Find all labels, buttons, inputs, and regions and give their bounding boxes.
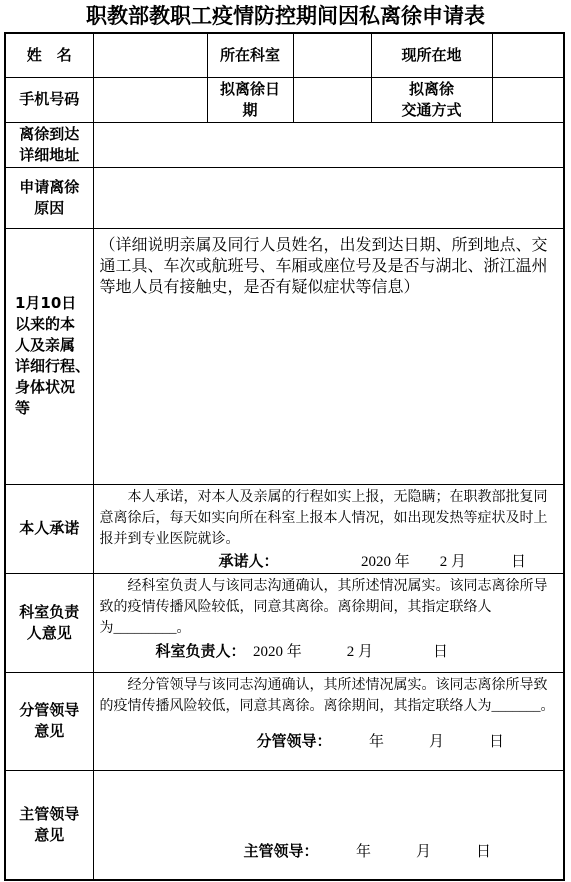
committer-label: 承诺人： [219, 552, 272, 570]
name-label: 姓 名 [5, 33, 93, 77]
row-contact-info: 手机号码 拟离徐日 期 拟离徐 交通方式 [5, 77, 564, 122]
leave-reason-label: 申请离徐 原因 [5, 167, 93, 228]
dept-head-opinion-label: 科室负责 人意见 [5, 573, 93, 672]
row-branch-leader-opinion: 分管领导 意见 经分管领导与该同志沟通确认，其所述情况属实。该同志离徐所导致的疫… [5, 672, 564, 770]
chief-leader-date-blanks: 年 月 日 [311, 844, 491, 860]
planned-departure-date-label: 拟离徐日 期 [207, 77, 293, 122]
row-itinerary: 1月10日 以来的本 人及亲属 详细行程、 身体状况 等 （详细说明亲属及同行人… [5, 228, 564, 484]
commitment-signature-line[interactable]: 承诺人： 2020 年 2 月 日 [100, 551, 559, 573]
row-leave-reason: 申请离徐 原因 [5, 167, 564, 228]
name-value-cell[interactable] [93, 33, 207, 77]
branch-leader-signature-line[interactable]: 分管领导： 年 月 日 [100, 731, 559, 753]
phone-value-cell[interactable] [93, 77, 207, 122]
row-basic-info: 姓 名 所在科室 现所在地 [5, 33, 564, 77]
commitment-label: 本人承诺 [5, 484, 93, 573]
itinerary-instructions: （详细说明亲属及同行人员姓名，出发到达日期、所到地点、交通工具、车次或航班号、车… [100, 231, 559, 298]
dept-head-opinion-text: 经科室负责人与该同志沟通确认，其所述情况属实。该同志离徐所导致的疫情传播风险较低… [100, 576, 559, 639]
row-dept-head-opinion: 科室负责 人意见 经科室负责人与该同志沟通确认，其所述情况属实。该同志离徐所导致… [5, 573, 564, 672]
current-location-label: 现所在地 [371, 33, 492, 77]
itinerary-value-cell[interactable]: （详细说明亲属及同行人员姓名，出发到达日期、所到地点、交通工具、车次或航班号、车… [93, 228, 564, 484]
chief-leader-label: 主管领导： [244, 842, 312, 860]
branch-leader-opinion-text: 经分管领导与该同志沟通确认，其所述情况属实。该同志离徐所导致的疫情传播风险较低，… [100, 675, 559, 717]
itinerary-label: 1月10日 以来的本 人及亲属 详细行程、 身体状况 等 [5, 228, 93, 484]
row-destination-address: 离徐到达 详细地址 [5, 122, 564, 167]
branch-leader-date-blanks: 年 月 日 [324, 734, 504, 750]
document-page: 职教部教职工疫情防控期间因私离徐申请表 姓 名 所在科室 现所在地 手机号码 拟… [0, 0, 571, 882]
dept-head-opinion-cell: 经科室负责人与该同志沟通确认，其所述情况属实。该同志离徐所导致的疫情传播风险较低… [93, 573, 564, 672]
row-chief-leader-opinion: 主管领导 意见 主管领导： 年 月 日 [5, 770, 564, 880]
dept-head-date-blanks: 2020 年 2 月 日 [238, 644, 448, 660]
phone-label: 手机号码 [5, 77, 93, 122]
commitment-content-cell: 本人承诺，对本人及亲属的行程如实上报，无隐瞒；在职教部批复同意离徐后，每天如实向… [93, 484, 564, 573]
department-label: 所在科室 [207, 33, 293, 77]
row-commitment: 本人承诺 本人承诺，对本人及亲属的行程如实上报，无隐瞒；在职教部批复同意离徐后，… [5, 484, 564, 573]
destination-address-label: 离徐到达 详细地址 [5, 122, 93, 167]
application-form-table: 姓 名 所在科室 现所在地 手机号码 拟离徐日 期 拟离徐 交通方式 离徐到达 … [4, 32, 565, 881]
chief-leader-signature-line[interactable]: 主管领导： 年 月 日 [100, 841, 559, 863]
chief-leader-opinion-cell[interactable]: 主管领导： 年 月 日 [93, 770, 564, 880]
dept-head-signature-line[interactable]: 科室负责人： 2020 年 2 月 日 [100, 641, 559, 663]
commitment-text: 本人承诺，对本人及亲属的行程如实上报，无隐瞒；在职教部批复同意离徐后，每天如实向… [100, 487, 559, 550]
dept-head-label: 科室负责人： [156, 642, 239, 660]
planned-departure-date-value-cell[interactable] [293, 77, 371, 122]
branch-leader-opinion-cell: 经分管领导与该同志沟通确认，其所述情况属实。该同志离徐所导致的疫情传播风险较低，… [93, 672, 564, 770]
leave-reason-value-cell[interactable] [93, 167, 564, 228]
branch-leader-label: 分管领导： [257, 732, 325, 750]
destination-address-value-cell[interactable] [93, 122, 564, 167]
form-title: 职教部教职工疫情防控期间因私离徐申请表 [0, 0, 571, 28]
branch-leader-opinion-label: 分管领导 意见 [5, 672, 93, 770]
department-value-cell[interactable] [293, 33, 371, 77]
planned-transport-label: 拟离徐 交通方式 [371, 77, 492, 122]
current-location-value-cell[interactable] [492, 33, 564, 77]
planned-transport-value-cell[interactable] [492, 77, 564, 122]
commitment-date-blanks: 2020 年 2 月 日 [271, 554, 526, 570]
chief-leader-opinion-label: 主管领导 意见 [5, 770, 93, 880]
